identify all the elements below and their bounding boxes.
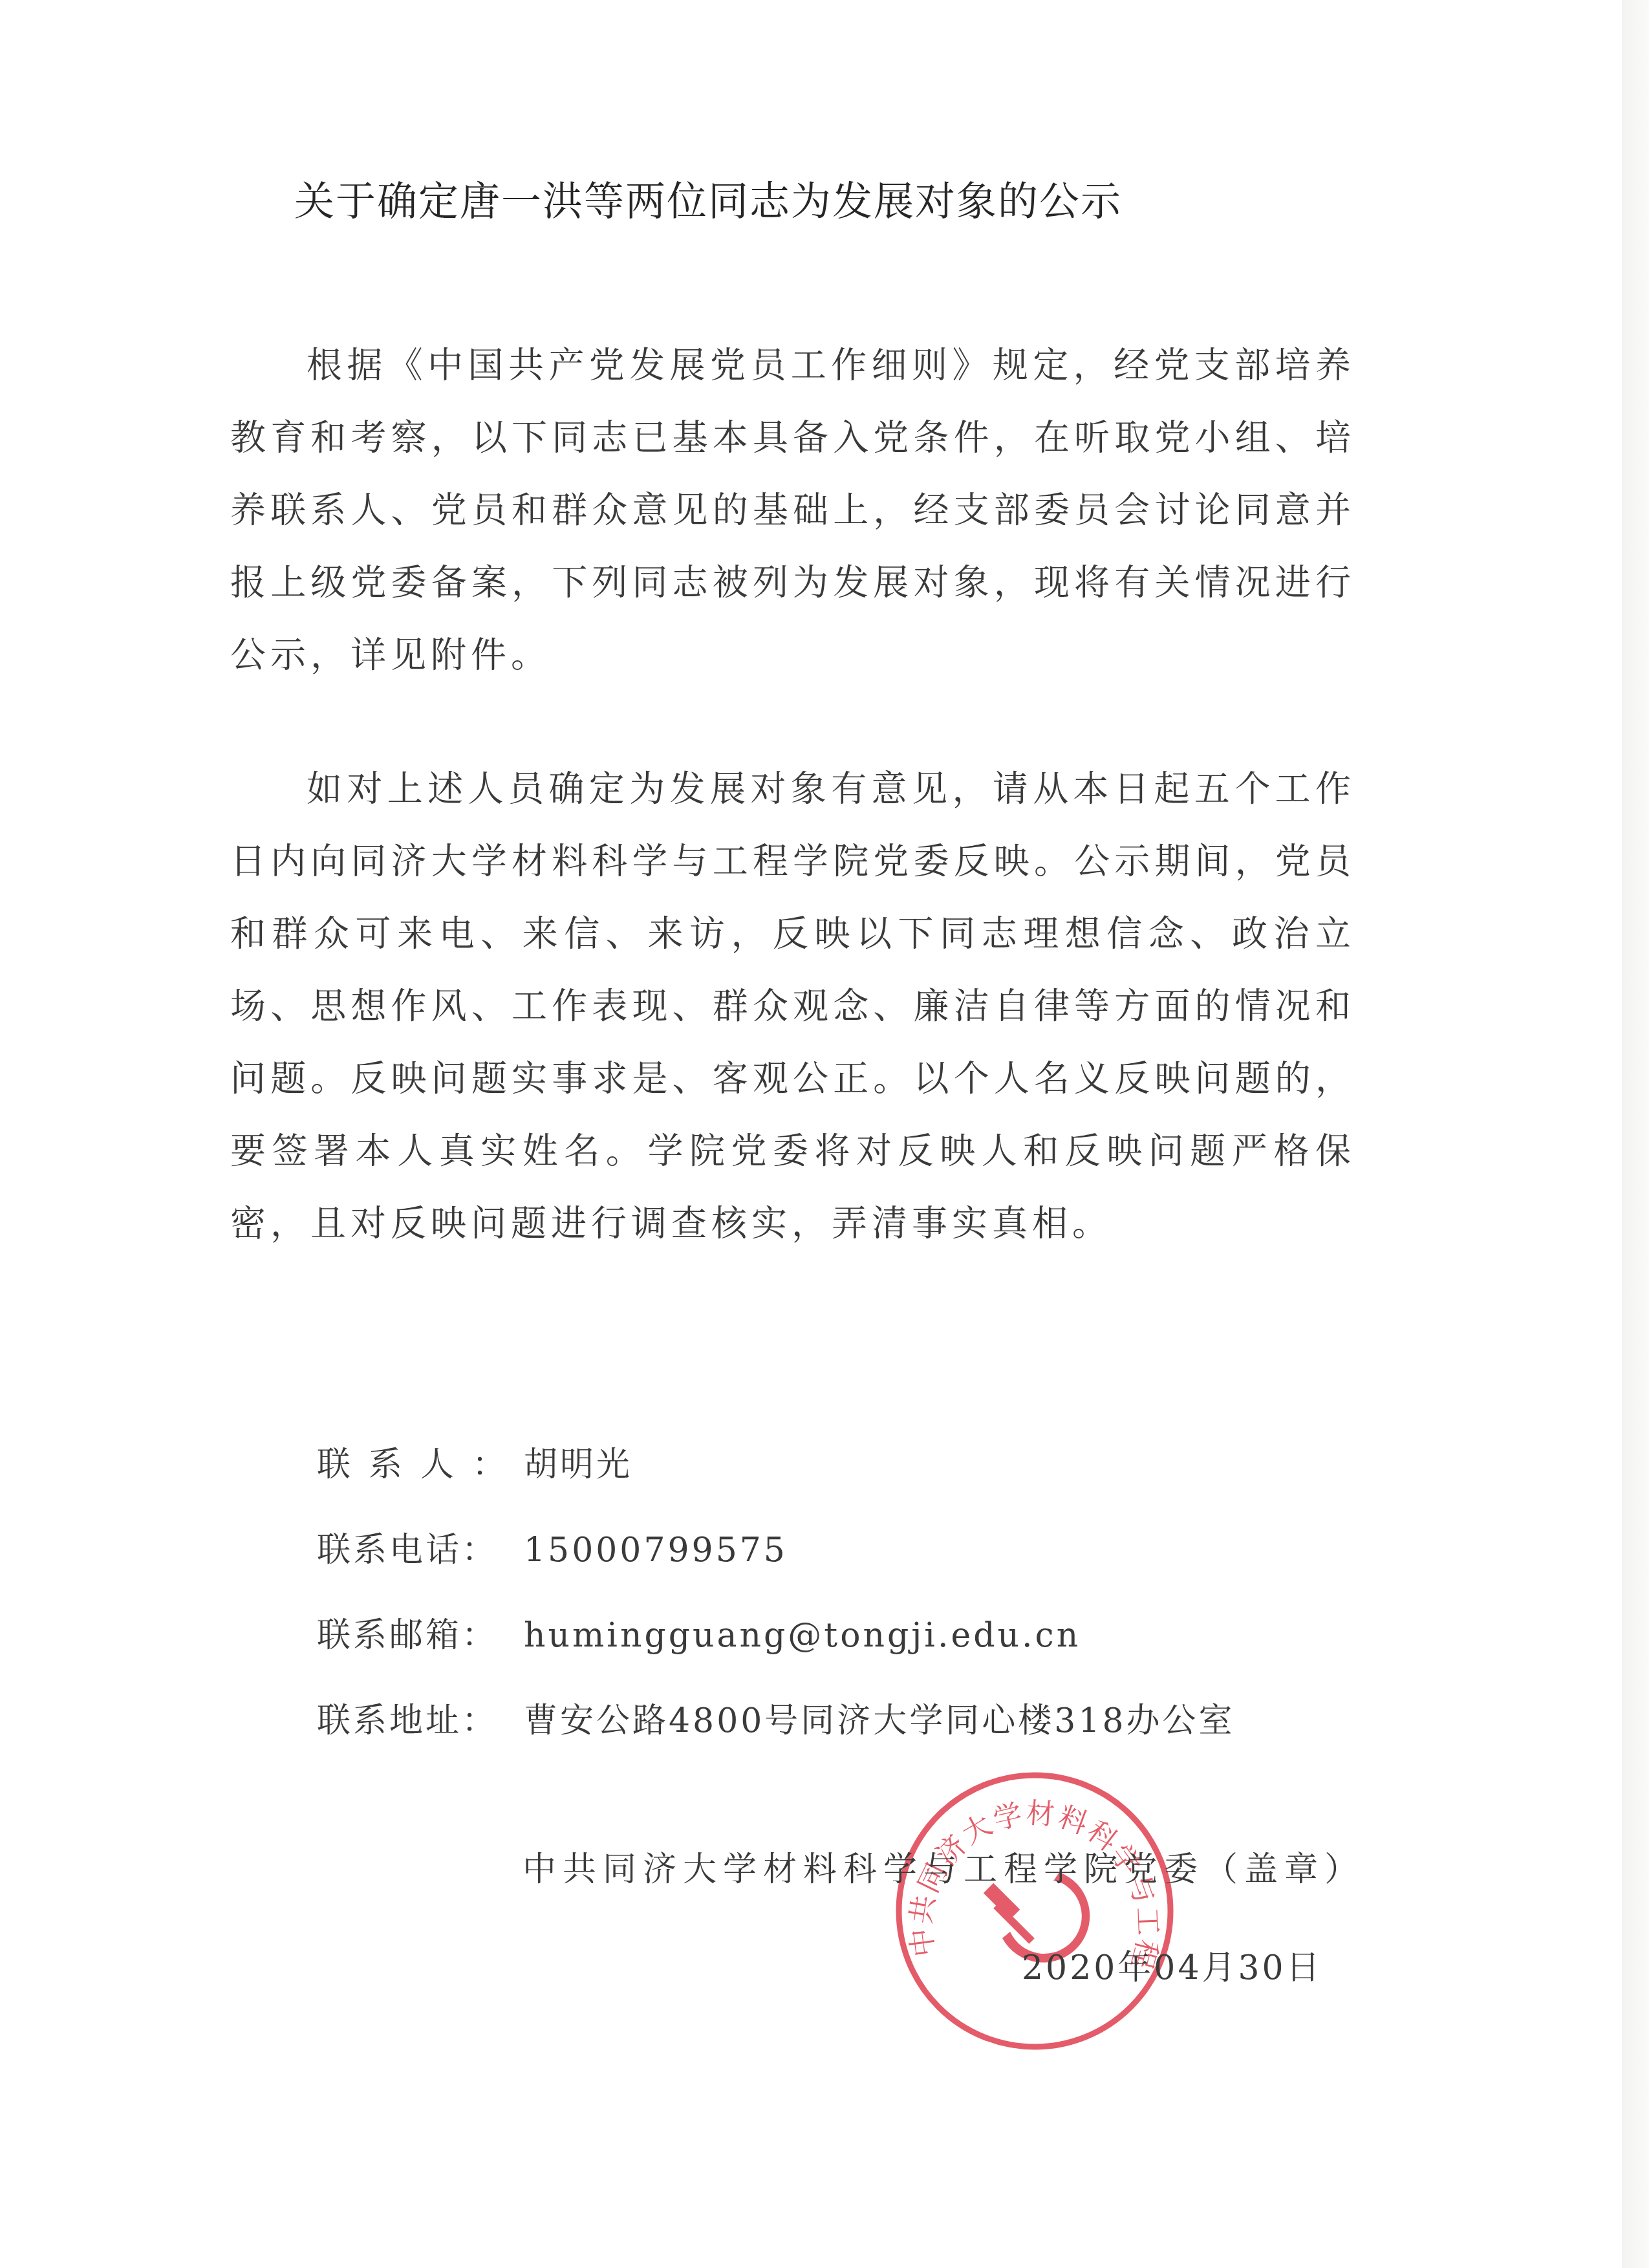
contact-phone-line: 联系电话：15000799575 [317, 1522, 1352, 1571]
document-page: 关于确定唐一洪等两位同志为发展对象的公示 根据《中国共产党发展党员工作细则》规定… [0, 0, 1649, 2268]
contact-email-label: 联系邮箱： [317, 1608, 524, 1656]
issue-date: 2020年04月30日 [1022, 1940, 1322, 1989]
contact-address-line: 联系地址：曹安公路4800号同济大学同心楼318办公室 [317, 1693, 1352, 1742]
contact-address-value: 曹安公路4800号同济大学同心楼318办公室 [524, 1701, 1235, 1740]
document-title: 关于确定唐一洪等两位同志为发展对象的公示 [294, 169, 1355, 227]
contact-person-value: 胡明光 [524, 1445, 632, 1484]
contact-person-label: 联系人： [317, 1437, 524, 1485]
contact-phone-value: 15000799575 [524, 1531, 788, 1570]
paragraph-feedback: 如对上述人员确定为发展对象有意见，请从本日起五个工作日内向同济大学材料科学与工程… [230, 752, 1355, 1259]
contact-address-label: 联系地址： [317, 1693, 524, 1742]
paragraph-basis: 根据《中国共产党发展党员工作细则》规定，经党支部培养教育和考察，以下同志已基本具… [230, 329, 1355, 691]
issuing-organization: 中共同济大学材料科学与工程学院党委（盖章） [523, 1842, 1364, 1890]
contact-phone-label: 联系电话： [317, 1522, 524, 1571]
contact-person-line: 联系人：胡明光 [317, 1437, 1352, 1485]
contact-email-line: 联系邮箱：humingguang@tongji.edu.cn [317, 1608, 1352, 1656]
official-seal-stamp: 中共同济大学材料科学与工程学院委员会 [892, 1769, 1177, 2053]
contact-email-value: humingguang@tongji.edu.cn [524, 1616, 1081, 1655]
